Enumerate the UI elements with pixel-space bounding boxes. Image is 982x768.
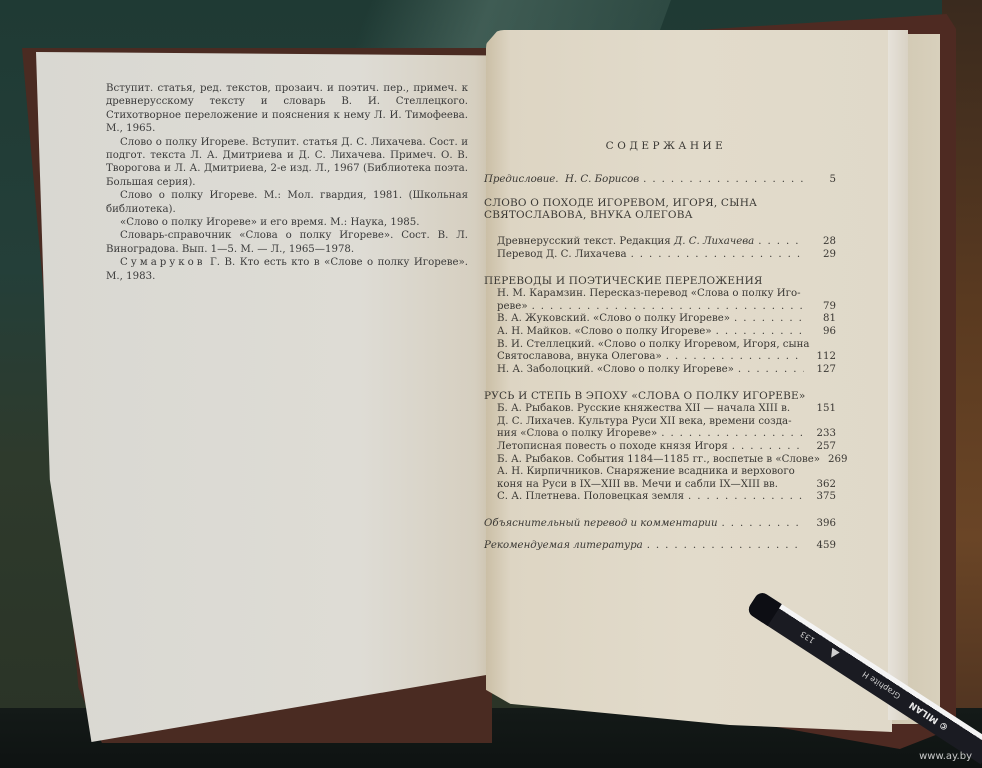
toc-label-line2: коня на Руси в IX—XIII вв. Мечи и сабли … — [497, 479, 778, 492]
toc-row: Н. А. Заболоцкий. «Слово о полку Игоревe… — [484, 364, 836, 377]
toc-label: Перевод Д. С. Лихачева — [497, 249, 627, 262]
toc-page: 28 — [808, 236, 836, 249]
toc-label: А. Н. Майков. «Слово о полку Игоревe» — [497, 326, 712, 339]
bibliography-entry: Сумаруков Г. В. Кто есть кто в «Слове о … — [106, 256, 468, 283]
leader-dots: ....................... — [661, 428, 804, 441]
toc-row: А. Н. Майков. «Слово о полку Игоревe» ..… — [484, 326, 836, 339]
leader-dots: ......... — [732, 441, 804, 454]
toc-label: Древнерусский текст. Редакция — [497, 236, 674, 247]
toc-page: 5 — [808, 174, 836, 187]
toc-row-preface: Предисловие. Н. С. Борисов .............… — [484, 174, 836, 187]
toc-label: В. А. Жуковский. «Слово о полку Игоревe» — [497, 313, 730, 326]
toc-label-line1: А. Н. Кирпичников. Снаряжение всадника и… — [497, 466, 795, 479]
toc-label: Рекомендуемая литература — [484, 540, 643, 553]
leader-dots: ..................... — [666, 351, 804, 364]
leader-dots: .................. — [716, 326, 804, 339]
section-heading: ПЕРЕВОДЫ И ПОЭТИЧЕСКИЕ ПЕРЕЛОЖЕНИЯ — [484, 275, 836, 288]
toc-page: 396 — [808, 518, 836, 531]
toc-page: 96 — [808, 326, 836, 339]
entry-author: Сумаруков — [120, 257, 206, 268]
toc-row: Б. А. Рыбаков. Русские княжества XII — н… — [484, 403, 836, 416]
toc-row: Б. А. Рыбаков. События 1184—1185 гг., во… — [484, 454, 836, 467]
toc-editor: Д. С. Лихачева — [674, 236, 754, 247]
right-page-edge — [888, 30, 908, 720]
bibliography-entry: Слово о полку Игореве. М.: Мол. гвардия,… — [106, 189, 468, 216]
toc-label-line2: ревe» — [497, 301, 528, 314]
toc-row-wrapped: Н. М. Карамзин. Пересказ-перевод «Слова … — [484, 288, 836, 313]
section-heading: РУСЬ И СТЕПЬ В ЭПОХУ «СЛОВА О ПОЛКУ ИГОР… — [484, 390, 836, 403]
toc-label: Б. А. Рыбаков. Русские княжества XII — н… — [497, 403, 790, 416]
bibliography-entry: Вступит. статья, ред. текстов, прозаич. … — [106, 82, 468, 136]
toc-page: 127 — [808, 364, 836, 377]
toc-label: Предисловие. — [484, 174, 559, 185]
toc-page: 269 — [828, 454, 847, 467]
toc-row-wrapped: В. И. Стеллецкий. «Слово о полку Игорево… — [484, 339, 836, 364]
toc-label-line2: ния «Слова о полку Игоревe» — [497, 428, 657, 441]
toc-row: Древнерусский текст. Редакция Д. С. Лиха… — [484, 236, 836, 249]
leader-dots: .............. — [734, 313, 804, 326]
section-heading: СЛОВО О ПОХОДЕ ИГОРЕВОМ, ИГОРЯ, СЫНА СВЯ… — [484, 197, 836, 223]
leader-dots: ........................ — [688, 491, 804, 504]
toc-page: 79 — [808, 301, 836, 314]
leader-dots: .............................. — [631, 249, 804, 262]
toc-page: 151 — [808, 403, 836, 416]
table-of-contents: СОДЕРЖАНИЕ Предисловие. Н. С. Борисов ..… — [484, 140, 836, 553]
toc-row-wrapped: Д. С. Лихачев. Культура Руси XII века, в… — [484, 416, 836, 441]
pencil-logo-icon — [827, 648, 839, 660]
toc-label: Летописная повесть о походе князя Игоря — [497, 441, 728, 454]
bibliography-list: Вступит. статья, ред. текстов, прозаич. … — [106, 82, 468, 283]
leader-dots: ........................................ — [532, 301, 804, 314]
toc-page: 257 — [808, 441, 836, 454]
toc-row: Перевод Д. С. Лихачева .................… — [484, 249, 836, 262]
bibliography-entry: «Слово о полку Игореве» и его время. М.:… — [106, 216, 468, 229]
bibliography-entry: Слово о полку Игореве. Вступит. статья Д… — [106, 136, 468, 190]
toc-row: Летописная повесть о походе князя Игоря … — [484, 441, 836, 454]
toc-label-line1: В. И. Стеллецкий. «Слово о полку Игорево… — [497, 339, 809, 352]
toc-page: 81 — [808, 313, 836, 326]
toc-label: Н. А. Заболоцкий. «Слово о полку Игоревe… — [497, 364, 734, 377]
toc-title: СОДЕРЖАНИЕ — [484, 140, 836, 152]
toc-page: 459 — [808, 540, 836, 553]
bibliography-entry: Словарь-справочник «Слова о полку Игорев… — [106, 229, 468, 256]
toc-page: 362 — [808, 479, 836, 492]
toc-page: 375 — [808, 491, 836, 504]
toc-page: 112 — [808, 351, 836, 364]
leader-dots: .............. — [722, 518, 804, 531]
toc-row-literature: Рекомендуемая литература ...............… — [484, 540, 836, 553]
leader-dots: .............. — [758, 236, 804, 249]
toc-row-commentary: Объяснительный перевод и комментарии ...… — [484, 518, 836, 531]
toc-label-line1: Н. М. Карамзин. Пересказ-перевод «Слова … — [497, 288, 801, 301]
toc-author: Н. С. Борисов — [565, 174, 639, 185]
leader-dots: .......................... — [647, 540, 804, 553]
toc-label: Б. А. Рыбаков. События 1184—1185 гг., во… — [497, 454, 820, 467]
leader-dots: .......... — [738, 364, 804, 377]
toc-row: С. А. Плетнева. Половецкая земля .......… — [484, 491, 836, 504]
toc-label-line2: Святославова, внука Олегова» — [497, 351, 662, 364]
pencil-number: 133 — [799, 629, 817, 645]
toc-page: 233 — [808, 428, 836, 441]
toc-row: В. А. Жуковский. «Слово о полку Игоревe»… — [484, 313, 836, 326]
toc-row-wrapped: А. Н. Кирпичников. Снаряжение всадника и… — [484, 466, 836, 491]
toc-page: 29 — [808, 249, 836, 262]
watermark: www.ay.by — [919, 751, 972, 762]
toc-label: С. А. Плетнева. Половецкая земля — [497, 491, 684, 504]
toc-label: Объяснительный перевод и комментарии — [484, 518, 718, 531]
leader-dots: ............................. — [643, 174, 804, 187]
toc-label-line1: Д. С. Лихачев. Культура Руси XII века, в… — [497, 416, 792, 429]
